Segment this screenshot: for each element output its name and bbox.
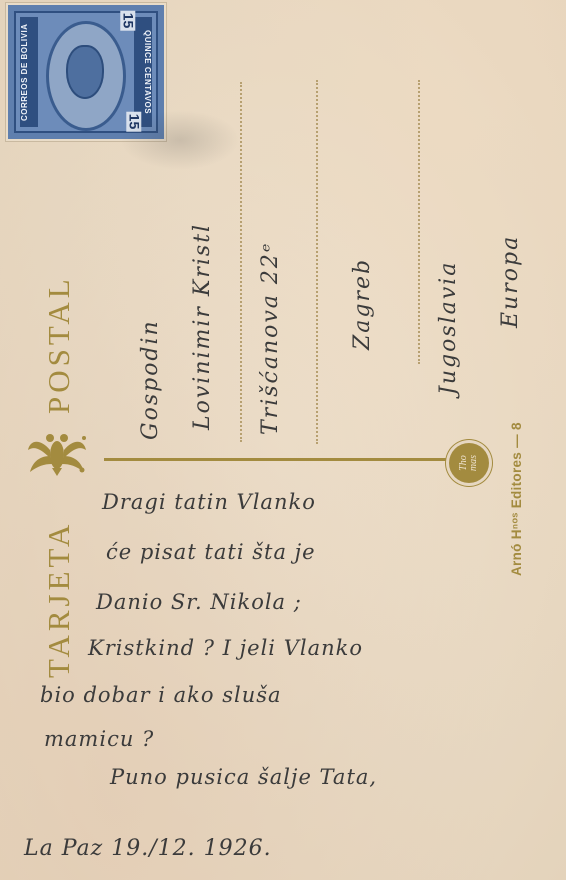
coat-of-arms-icon bbox=[66, 45, 104, 99]
double-headed-eagle-icon bbox=[26, 430, 88, 476]
address-line-dotted bbox=[316, 80, 318, 444]
message-line-5: bio dobar i ako sluša bbox=[40, 683, 282, 707]
title-postal: POSTAL bbox=[40, 248, 78, 414]
stamp-value-text: QUINCE CENTAVOS bbox=[134, 17, 152, 127]
address-divider-line bbox=[104, 458, 448, 461]
address-line-4: Zagreb bbox=[350, 180, 375, 350]
message-line-4: Kristkind ? I jeli Vlanko bbox=[88, 636, 363, 660]
address-line-5: Jugoslavia bbox=[436, 140, 461, 395]
address-line-1: Gospodin bbox=[138, 250, 163, 440]
message-line-6: mamicu ? bbox=[44, 727, 154, 751]
thomas-logo-icon: Thomas bbox=[449, 443, 489, 483]
stamp-country-text: CORREOS DE BOLIVIA bbox=[20, 17, 38, 127]
title-tarjeta: TARJETA bbox=[40, 488, 78, 678]
address-line-3: Trišćanova 22ᵉ bbox=[258, 145, 283, 435]
message-line-3: Danio Sr. Nikola ; bbox=[96, 590, 302, 614]
message-place-date: La Paz 19./12. 1926. bbox=[24, 836, 272, 861]
stamp-value-numeral: 15 bbox=[121, 11, 136, 31]
message-line-2: će pisat tati šta je bbox=[106, 540, 316, 564]
address-line-2: Lovinimir Kristl bbox=[190, 110, 215, 430]
postcard: CORREOS DE BOLIVIA QUINCE CENTAVOS 15 15… bbox=[0, 0, 566, 880]
message-signature: Puno pusica šalje Tata, bbox=[110, 765, 377, 789]
address-line-dotted bbox=[418, 80, 420, 364]
address-line-dotted bbox=[240, 82, 242, 442]
publisher-imprint: Arnó Hⁿᵒˢ Editores — 8 bbox=[509, 380, 524, 576]
message-line-1: Dragi tatin Vlanko bbox=[102, 490, 316, 514]
postmark-cancellation bbox=[120, 110, 240, 170]
logo-text-2: mas bbox=[468, 455, 479, 471]
address-line-6: Europa bbox=[498, 148, 523, 328]
